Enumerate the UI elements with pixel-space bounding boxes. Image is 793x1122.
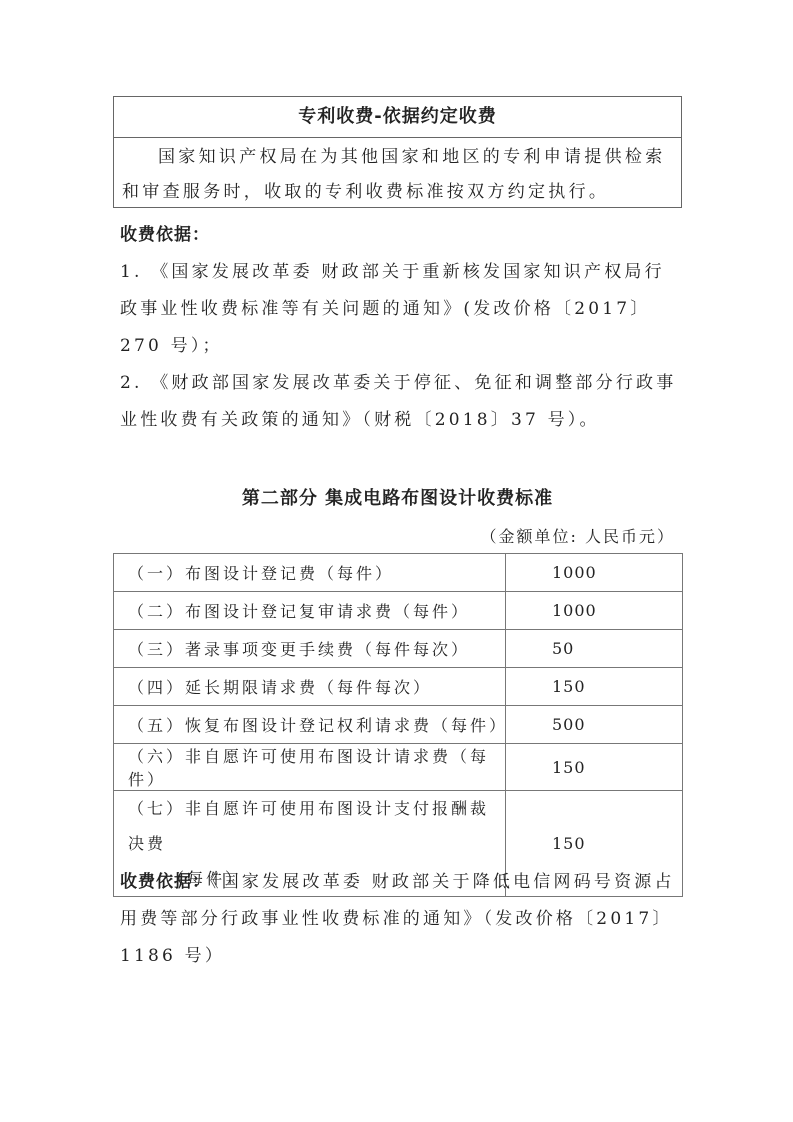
fee-amount: 1000 (506, 554, 683, 592)
fee-item: （六）非自愿许可使用布图设计请求费（每件） (114, 744, 506, 791)
fee-amount: 500 (506, 706, 683, 744)
fee-basis-item: 2. 《财政部国家发展改革委关于停征、免征和调整部分行政事业性收费有关政策的通知… (120, 365, 680, 439)
table-row: （六）非自愿许可使用布图设计请求费（每件） 150 (114, 744, 683, 791)
part2-title: 第二部分 集成电路布图设计收费标准 (113, 484, 682, 510)
agreement-fee-body: 国家知识产权局在为其他国家和地区的专利申请提供检索和审查服务时，收取的专利收费标… (114, 138, 681, 210)
agreement-fee-title: 专利收费-依据约定收费 (114, 97, 681, 138)
fee-item: （三）著录事项变更手续费（每件每次） (114, 630, 506, 668)
table-row: （四）延长期限请求费（每件每次） 150 (114, 668, 683, 706)
fee-item: （二）布图设计登记复审请求费（每件） (114, 592, 506, 630)
fee-basis-section-1: 收费依据： 1. 《国家发展改革委 财政部关于重新核发国家知识产权局行政事业性收… (120, 217, 680, 439)
fee-item: （五）恢复布图设计登记权利请求费（每件） (114, 706, 506, 744)
fee-amount: 1000 (506, 592, 683, 630)
table-row: （二）布图设计登记复审请求费（每件） 1000 (114, 592, 683, 630)
fee-basis-label: 收费依据： (120, 217, 680, 254)
table-row: （三）著录事项变更手续费（每件每次） 50 (114, 630, 683, 668)
table-row: （一）布图设计登记费（每件） 1000 (114, 554, 683, 592)
fee-basis-item: 1. 《国家发展改革委 财政部关于重新核发国家知识产权局行政事业性收费标准等有关… (120, 254, 680, 365)
fee-basis-label: 收费依据： (120, 872, 210, 892)
table-row: （五）恢复布图设计登记权利请求费（每件） 500 (114, 706, 683, 744)
layout-design-fee-table: （一）布图设计登记费（每件） 1000 （二）布图设计登记复审请求费（每件） 1… (113, 553, 683, 897)
fee-item: （一）布图设计登记费（每件） (114, 554, 506, 592)
fee-amount: 150 (506, 668, 683, 706)
fee-amount: 150 (506, 744, 683, 791)
fee-amount: 50 (506, 630, 683, 668)
fee-basis-section-2: 收费依据：《国家发展改革委 财政部关于降低电信网码号资源占用费等部分行政事业性收… (120, 864, 680, 975)
fee-item: （四）延长期限请求费（每件每次） (114, 668, 506, 706)
agreement-fee-box: 专利收费-依据约定收费 国家知识产权局在为其他国家和地区的专利申请提供检索和审查… (113, 96, 682, 208)
fee-item-line1: （七）非自愿许可使用布图设计支付报酬裁决费 (128, 791, 505, 861)
currency-unit-note: （金额单位: 人民币元） (430, 524, 675, 547)
